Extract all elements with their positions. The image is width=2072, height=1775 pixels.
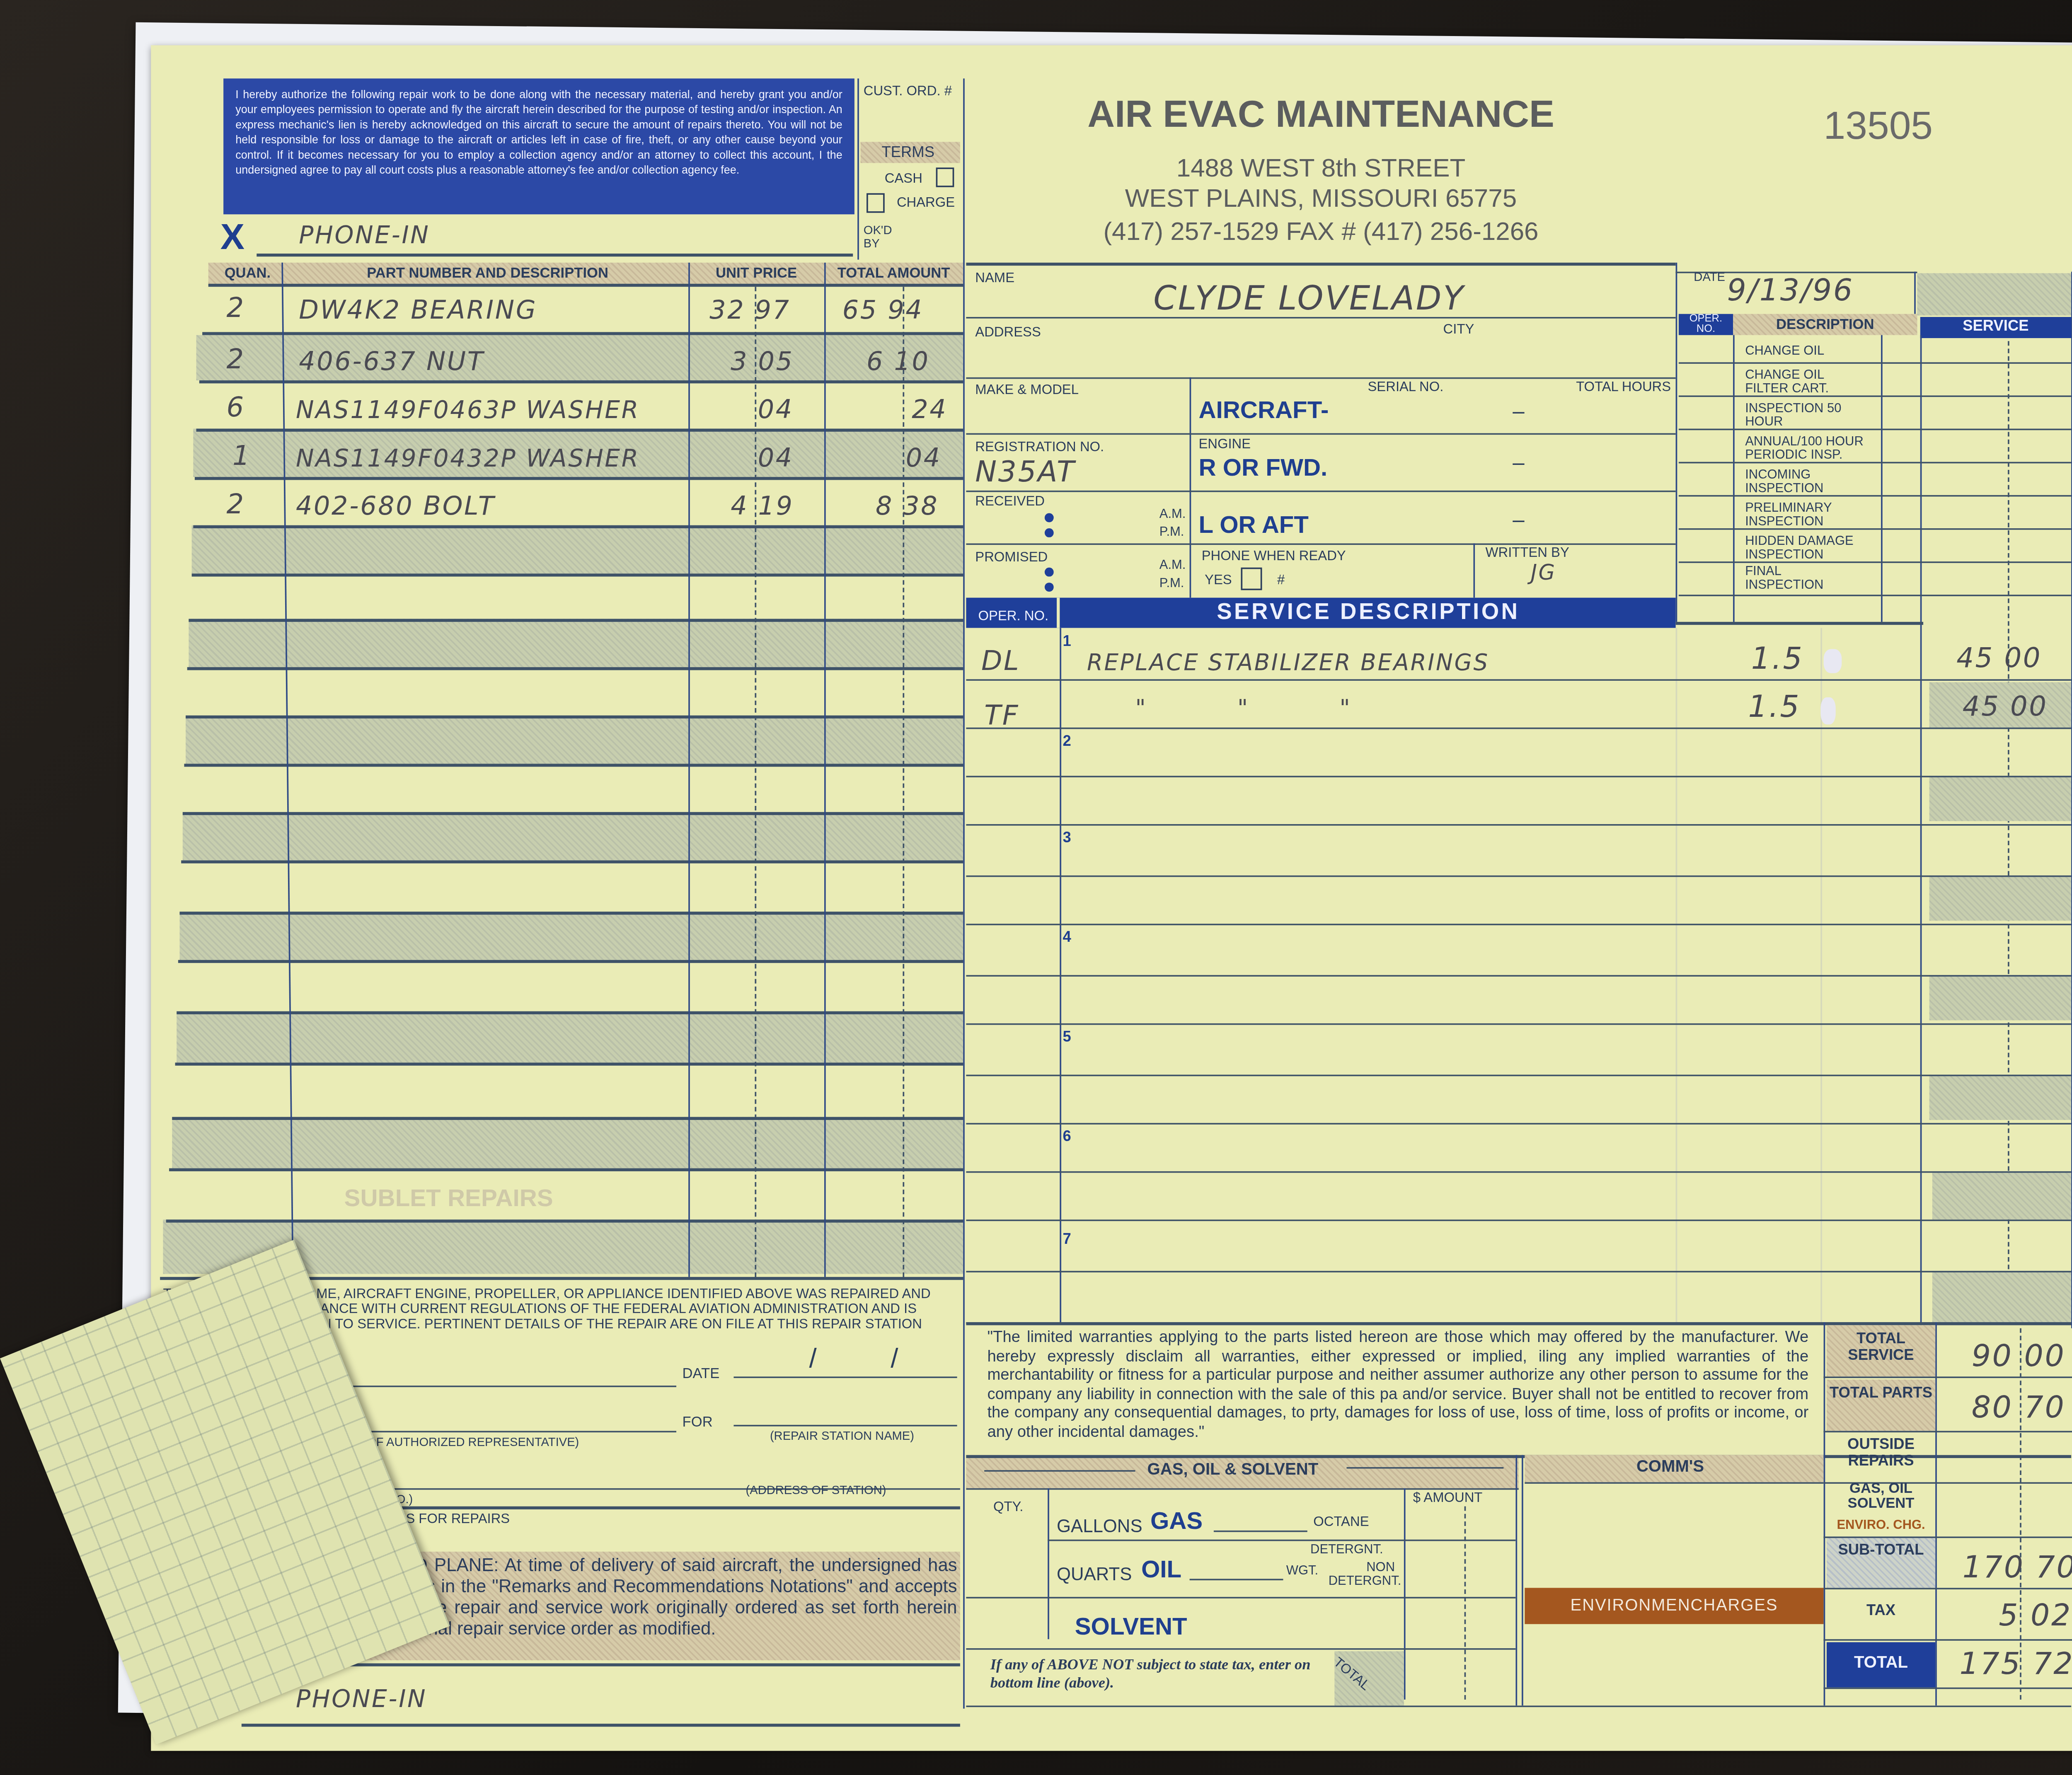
service-oper: TF — [984, 700, 1019, 732]
registration-number[interactable]: N35AT — [975, 456, 1076, 489]
customer-address-field[interactable] — [975, 341, 1670, 374]
part-qty: 2 — [226, 293, 245, 325]
part-total: 8 38 — [876, 492, 939, 522]
service-line-number: 7 — [1063, 1232, 1071, 1248]
service-amount: 45 00 — [1956, 643, 2042, 675]
oil-label: OIL — [1141, 1557, 1181, 1585]
total-parts-label: TOTAL PARTS — [1827, 1386, 1935, 1402]
col-part-description: PART NUMBER AND DESCRIPTION — [287, 266, 688, 282]
col-quan: QUAN. — [208, 266, 287, 282]
okd-by-label: OK'D BY — [864, 223, 900, 251]
service-line-number: 1 — [1063, 634, 1071, 651]
cert-date-slashes: / / — [809, 1343, 932, 1375]
yes-label: YES — [1205, 573, 1232, 587]
customer-name[interactable]: CLYDE LOVELADY — [1153, 281, 1465, 319]
gas-label: GAS — [1150, 1509, 1203, 1537]
service-line-number: 5 — [1063, 1029, 1071, 1046]
promised-label: PROMISED — [975, 551, 1048, 565]
tax-value: 5 02 — [1999, 1597, 2072, 1633]
phone-hash-label: # — [1277, 573, 1285, 587]
quarts-label: QUARTS — [1057, 1564, 1132, 1585]
order-date[interactable]: 9/13/96 — [1727, 272, 1854, 308]
part-unit-price: 3 05 — [731, 347, 794, 377]
checklist-item[interactable]: CHANGE OIL FILTER CART. — [1745, 368, 1866, 396]
part-unit-price: 04 — [758, 395, 794, 426]
date-label: DATE — [1694, 272, 1725, 284]
gas-oil-solvent-title: GAS, OIL & SOLVENT — [1147, 1461, 1319, 1479]
col-unit-price: UNIT PRICE — [688, 266, 824, 282]
company-address-2: WEST PLAINS, MISSOURI 65775 — [966, 184, 1675, 214]
cert-date-field[interactable] — [733, 1376, 957, 1378]
service-line-number: 4 — [1063, 930, 1071, 946]
service-line-number: 6 — [1063, 1129, 1071, 1146]
grand-total-value: 175 72 — [1959, 1645, 2072, 1681]
oil-weight-field[interactable] — [1190, 1579, 1283, 1580]
signature-x-mark: X — [220, 218, 244, 260]
company-name: AIR EVAC MAINTENANCE — [966, 94, 1675, 138]
environmental-charges-bar: ENVIRONMENCHARGES — [1525, 1588, 1823, 1624]
col-total-amount: TOTAL AMOUNT — [824, 266, 963, 282]
total-hours-label: TOTAL HOURS — [1576, 380, 1671, 394]
part-description: DW4K2 BEARING — [299, 296, 537, 326]
service-description-title: SERVICE DESCRIPTION — [1217, 599, 1520, 625]
written-by-label: WRITTEN BY — [1486, 547, 1569, 560]
station-name-caption: (REPAIR STATION NAME) — [770, 1431, 914, 1443]
checklist-service-header: SERVICE — [1920, 317, 2071, 338]
promised-am[interactable]: A.M. — [1159, 559, 1186, 571]
tax-label: TAX — [1827, 1603, 1935, 1620]
authorization-text: I hereby authorize the following repair … — [223, 78, 854, 214]
engine-r-fwd-label: R OR FWD. — [1198, 456, 1327, 483]
serial-no-label: SERIAL NO. — [1368, 380, 1443, 394]
part-qty: 2 — [226, 489, 245, 521]
station-address-caption: (ADDRESS OF STATION) — [746, 1485, 886, 1497]
service-description: REPLACE STABILIZER BEARINGS — [1087, 649, 1489, 676]
checklist-oper-header: OPER. NO. — [1679, 314, 1733, 335]
repair-station-field[interactable] — [733, 1425, 957, 1427]
part-qty: 2 — [226, 344, 245, 376]
part-total: 6 10 — [867, 347, 929, 377]
part-total: 24 — [912, 395, 947, 426]
service-amount: 45 00 — [1963, 691, 2048, 723]
cust-ord-label: CUST. ORD. # — [864, 85, 952, 98]
received-label: RECEIVED — [975, 495, 1045, 509]
part-description: 402-680 BOLT — [296, 492, 496, 522]
total-parts-value: 80 70 — [1972, 1388, 2066, 1424]
service-line-number: 3 — [1063, 830, 1071, 847]
part-total: 04 — [906, 444, 942, 474]
received-pm[interactable]: P.M. — [1159, 525, 1184, 538]
qty-label: QTY. — [993, 1500, 1023, 1514]
written-by-initials: JG — [1531, 561, 1556, 585]
make-model-label: MAKE & MODEL — [975, 383, 1079, 397]
engine-l-aft-label: L OR AFT — [1198, 513, 1309, 541]
service-line-number: 2 — [1063, 733, 1071, 750]
gas-oil-solvent-total-label: GAS, OIL SOLVENT — [1827, 1482, 1935, 1512]
checklist-item[interactable]: INCOMING INSPECTION — [1745, 468, 1851, 495]
checklist-item[interactable]: CHANGE OIL — [1745, 344, 1881, 358]
terms-label: TERMS — [881, 146, 934, 161]
company-address-1: 1488 WEST 8th STREET — [966, 154, 1675, 184]
service-hours: 1.5 — [1751, 640, 1804, 676]
subtotal-value: 170 70 — [1963, 1549, 2072, 1585]
total-service-label: TOTAL SERVICE — [1827, 1331, 1935, 1364]
phone-when-ready-checkbox[interactable] — [1241, 568, 1262, 590]
checklist-item[interactable]: ANNUAL/100 HOUR PERIODIC INSP. — [1745, 435, 1881, 462]
part-unit-price: 4 19 — [731, 492, 794, 522]
city-label: CITY — [1443, 323, 1474, 337]
part-unit-price: 04 — [758, 444, 794, 474]
aircraft-label: AIRCRAFT- — [1198, 399, 1329, 426]
checklist-description-header: DESCRIPTION — [1733, 317, 1917, 334]
gallons-label: GALLONS — [1057, 1515, 1143, 1536]
cert-date-label: DATE — [683, 1367, 720, 1382]
service-oper: DL — [981, 646, 1020, 678]
part-qty: 1 — [232, 441, 251, 473]
grand-total-label: TOTAL — [1827, 1654, 1935, 1673]
phone-when-ready-label: PHONE WHEN READY — [1202, 549, 1346, 563]
outside-repairs-label: OUTSIDE REPAIRS — [1827, 1437, 1935, 1470]
acceptance-signature[interactable]: PHONE-IN — [296, 1684, 427, 1713]
total-service-value: 90 00 — [1972, 1337, 2066, 1374]
promised-pm[interactable]: P.M. — [1159, 577, 1184, 590]
company-phones: (417) 257-1529 FAX # (417) 256-1266 — [966, 218, 1675, 248]
checklist-item[interactable]: PRELIMINARY INSPECTION — [1745, 501, 1851, 528]
part-qty: 6 — [226, 392, 245, 424]
address-label: ADDRESS — [975, 326, 1041, 340]
for-label: FOR — [683, 1416, 713, 1430]
service-hours: 1.5 — [1748, 688, 1801, 724]
gas-octane-field[interactable] — [1214, 1531, 1307, 1532]
name-label: NAME — [975, 272, 1014, 285]
part-total: 65 94 — [842, 296, 924, 326]
comms-label: COMM'S — [1636, 1458, 1704, 1476]
octane-label: OCTANE — [1313, 1515, 1369, 1529]
invoice-number: 13505 — [1824, 103, 1933, 150]
service-oper-header: OPER. NO. — [978, 608, 1048, 623]
solvent-label: SOLVENT — [1075, 1615, 1187, 1642]
checklist-item[interactable]: FINAL INSPECTION — [1745, 564, 1851, 592]
registration-label: REGISTRATION NO. — [975, 441, 1104, 455]
checklist-item[interactable]: HIDDEN DAMAGE INSPECTION — [1745, 534, 1881, 562]
part-description: NAS1149F0432P WASHER — [296, 444, 640, 472]
amount-label: $ AMOUNT — [1413, 1491, 1483, 1505]
charge-checkbox[interactable] — [867, 193, 885, 213]
enviro-charge-label: ENVIRO. CHG. — [1827, 1517, 1935, 1532]
warranty-text: "The limited warranties applying to the … — [987, 1328, 1808, 1441]
cash-checkbox[interactable] — [936, 167, 954, 187]
sublet-repairs-label: SUBLET REPAIRS — [344, 1186, 553, 1214]
part-description: NAS1149F0463P WASHER — [296, 395, 640, 424]
weight-label: WGT. — [1286, 1564, 1318, 1577]
service-description: " " " — [1135, 694, 1392, 722]
part-description: 406-637 NUT — [299, 347, 484, 377]
checklist-item[interactable]: INSPECTION 50 HOUR — [1745, 401, 1851, 429]
tax-note: If any of ABOVE NOT subject to state tax… — [990, 1657, 1322, 1693]
cash-label: CASH — [885, 172, 922, 186]
part-unit-price: 32 97 — [709, 296, 791, 326]
customer-signature[interactable]: PHONE-IN — [299, 220, 430, 249]
received-am[interactable]: A.M. — [1159, 507, 1186, 520]
non-detergent-label: NON DETERGNT. — [1329, 1561, 1395, 1588]
detergent-label: DETERGNT. — [1310, 1543, 1383, 1555]
subtotal-label: SUB-TOTAL — [1827, 1543, 1935, 1559]
engine-label: ENGINE — [1198, 438, 1251, 451]
charge-label: CHARGE — [897, 196, 955, 210]
